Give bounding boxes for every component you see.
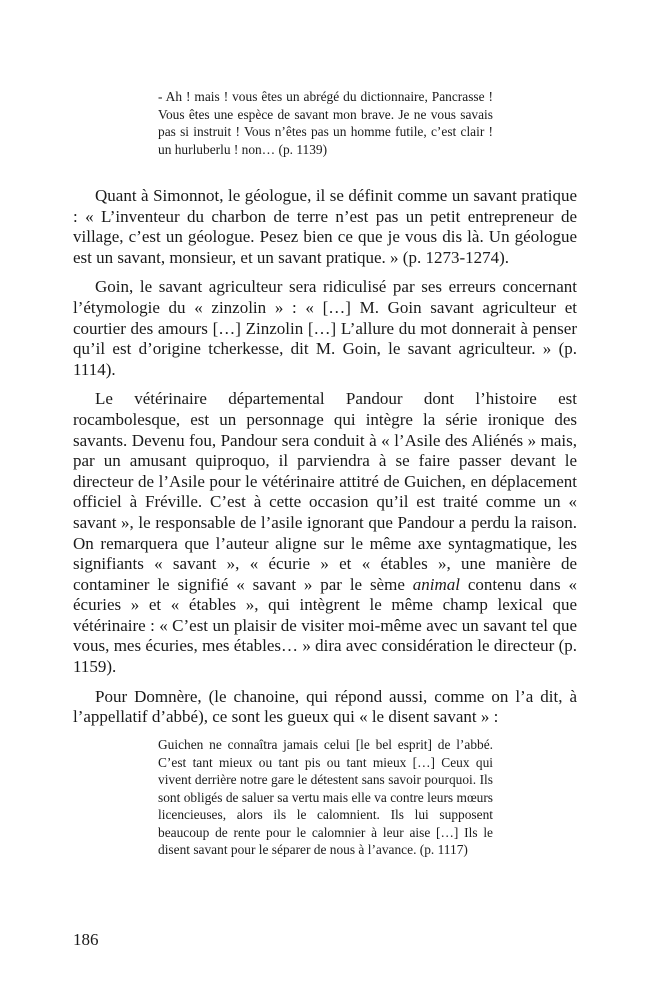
page-number: 186 xyxy=(73,930,99,950)
quote-text: Guichen ne connaîtra jamais celui [le be… xyxy=(158,737,493,857)
paragraph-pandour: Le vétérinaire départemental Pandour don… xyxy=(73,389,577,677)
paragraph-text: Le vétérinaire départemental Pandour don… xyxy=(73,389,577,593)
body-text: Quant à Simonnot, le géologue, il se déf… xyxy=(73,186,577,737)
paragraph-text: Goin, le savant agriculteur sera ridicul… xyxy=(73,277,577,378)
paragraph-goin: Goin, le savant agriculteur sera ridicul… xyxy=(73,277,577,380)
document-page: - Ah ! mais ! vous êtes un abrégé du dic… xyxy=(0,0,650,1007)
block-quote-pancrasse: - Ah ! mais ! vous êtes un abrégé du dic… xyxy=(158,88,493,158)
block-quote-guichen: Guichen ne connaîtra jamais celui [le be… xyxy=(158,736,493,859)
paragraph-text: Quant à Simonnot, le géologue, il se déf… xyxy=(73,186,577,267)
emphasis-animal: animal xyxy=(413,575,460,594)
paragraph-text: Pour Domnère, (le chanoine, qui répond a… xyxy=(73,687,577,727)
paragraph-simonnot: Quant à Simonnot, le géologue, il se déf… xyxy=(73,186,577,268)
paragraph-domnere: Pour Domnère, (le chanoine, qui répond a… xyxy=(73,687,577,728)
quote-text: - Ah ! mais ! vous êtes un abrégé du dic… xyxy=(158,89,493,157)
